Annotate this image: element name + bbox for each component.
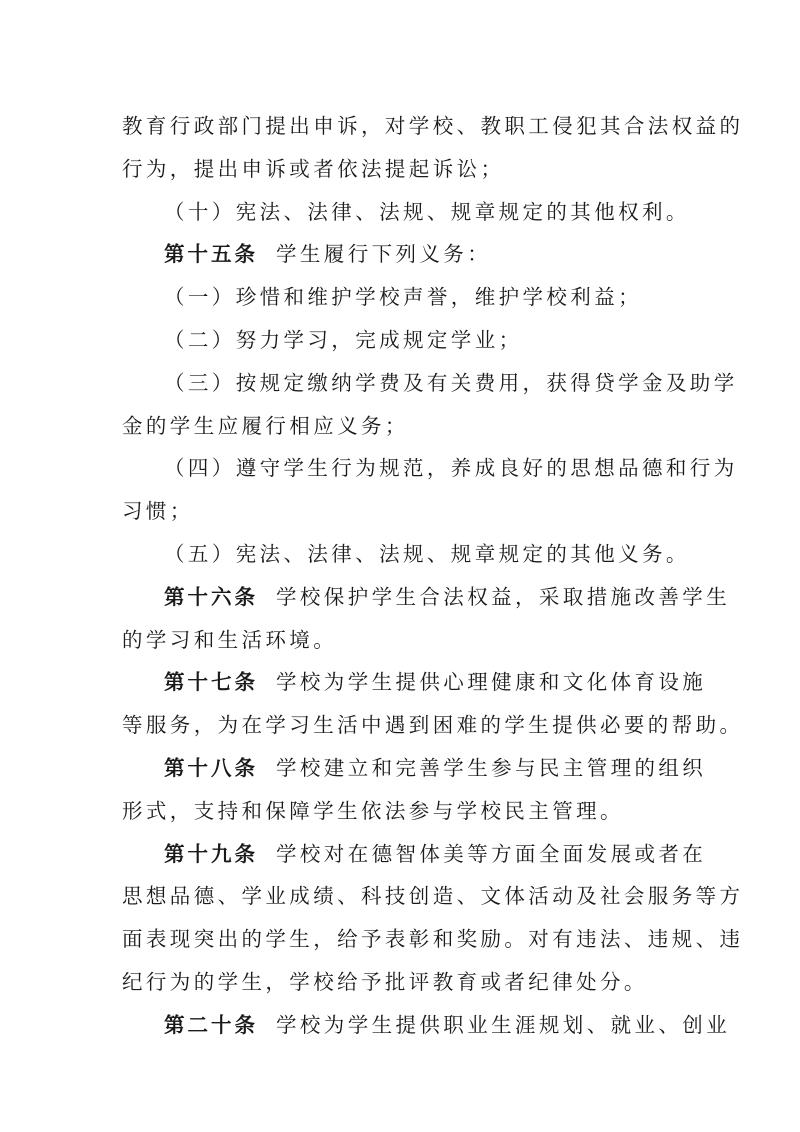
line-text: （十）宪法、法律、法规、规章规定的其他权利。 <box>164 200 690 224</box>
line-text: 学校建立和完善学生参与民主管理的组织 <box>276 756 706 780</box>
document-page: 教育行政部门提出申诉，对学校、教职工侵犯其合法权益的行为，提出申诉或者依法提起诉… <box>122 105 684 1047</box>
line-text: 行为，提出申诉或者依法提起诉讼； <box>122 157 504 181</box>
line-text: 金的学生应履行相应义务； <box>122 414 409 438</box>
article-number: 第十五条 <box>164 242 258 266</box>
line-text: 的学习和生活环境。 <box>122 628 337 652</box>
text-line: 等服务，为在学习生活中遇到困难的学生提供必要的帮助。 <box>122 704 684 747</box>
text-line: 的学习和生活环境。 <box>122 619 684 662</box>
text-line: （四）遵守学生行为规范，养成良好的思想品德和行为 <box>122 447 684 490</box>
text-line: 纪行为的学生，学校给予批评教育或者纪律处分。 <box>122 961 684 1004</box>
line-text: 面表现突出的学生，给予表彰和奖励。对有违法、违规、违 <box>122 927 743 951</box>
article-line: 第十八条学校建立和完善学生参与民主管理的组织 <box>122 747 684 790</box>
article-number: 第十七条 <box>164 670 258 694</box>
text-line: 面表现突出的学生，给予表彰和奖励。对有违法、违规、违 <box>122 918 684 961</box>
line-text: 学校对在德智体美等方面全面发展或者在 <box>276 842 706 866</box>
line-text: 思想品德、学业成绩、科技创造、文体活动及社会服务等方 <box>122 884 743 908</box>
line-text: 等服务，为在学习生活中遇到困难的学生提供必要的帮助。 <box>122 713 743 737</box>
line-text: 学生履行下列义务： <box>276 242 491 266</box>
line-text: 学校为学生提供心理健康和文化体育设施 <box>276 670 706 694</box>
line-text: （五）宪法、法律、法规、规章规定的其他义务。 <box>164 542 690 566</box>
line-text: 学校为学生提供职业生涯规划、就业、创业 <box>276 1013 730 1037</box>
text-line: 教育行政部门提出申诉，对学校、教职工侵犯其合法权益的 <box>122 105 684 148</box>
line-text: （三）按规定缴纳学费及有关费用，获得贷学金及助学 <box>164 371 738 395</box>
article-line: 第十九条学校对在德智体美等方面全面发展或者在 <box>122 833 684 876</box>
text-line: （二）努力学习，完成规定学业； <box>122 319 684 362</box>
article-number: 第十六条 <box>164 585 258 609</box>
article-number: 第二十条 <box>164 1013 258 1037</box>
text-line: （三）按规定缴纳学费及有关费用，获得贷学金及助学 <box>122 362 684 405</box>
text-line: （五）宪法、法律、法规、规章规定的其他义务。 <box>122 533 684 576</box>
text-line: （一）珍惜和维护学校声誉，维护学校利益； <box>122 276 684 319</box>
text-line: 思想品德、学业成绩、科技创造、文体活动及社会服务等方 <box>122 875 684 918</box>
article-number: 第十八条 <box>164 756 258 780</box>
article-line: 第十七条学校为学生提供心理健康和文化体育设施 <box>122 661 684 704</box>
line-text: 教育行政部门提出申诉，对学校、教职工侵犯其合法权益的 <box>122 114 743 138</box>
line-text: 习惯； <box>122 499 194 523</box>
article-line: 第二十条学校为学生提供职业生涯规划、就业、创业 <box>122 1004 684 1047</box>
line-text: 学校保护学生合法权益，采取措施改善学生 <box>276 585 730 609</box>
text-line: 行为，提出申诉或者依法提起诉讼； <box>122 148 684 191</box>
article-line: 第十六条学校保护学生合法权益，采取措施改善学生 <box>122 576 684 619</box>
text-line: 金的学生应履行相应义务； <box>122 405 684 448</box>
line-text: 纪行为的学生，学校给予批评教育或者纪律处分。 <box>122 970 648 994</box>
line-text: （二）努力学习，完成规定学业； <box>164 328 523 352</box>
article-line: 第十五条学生履行下列义务： <box>122 233 684 276</box>
text-line: 形式，支持和保障学生依法参与学校民主管理。 <box>122 790 684 833</box>
line-text: 形式，支持和保障学生依法参与学校民主管理。 <box>122 799 624 823</box>
text-line: 习惯； <box>122 490 684 533</box>
text-line: （十）宪法、法律、法规、规章规定的其他权利。 <box>122 191 684 234</box>
article-number: 第十九条 <box>164 842 258 866</box>
line-text: （四）遵守学生行为规范，养成良好的思想品德和行为 <box>164 456 738 480</box>
line-text: （一）珍惜和维护学校声誉，维护学校利益； <box>164 285 642 309</box>
